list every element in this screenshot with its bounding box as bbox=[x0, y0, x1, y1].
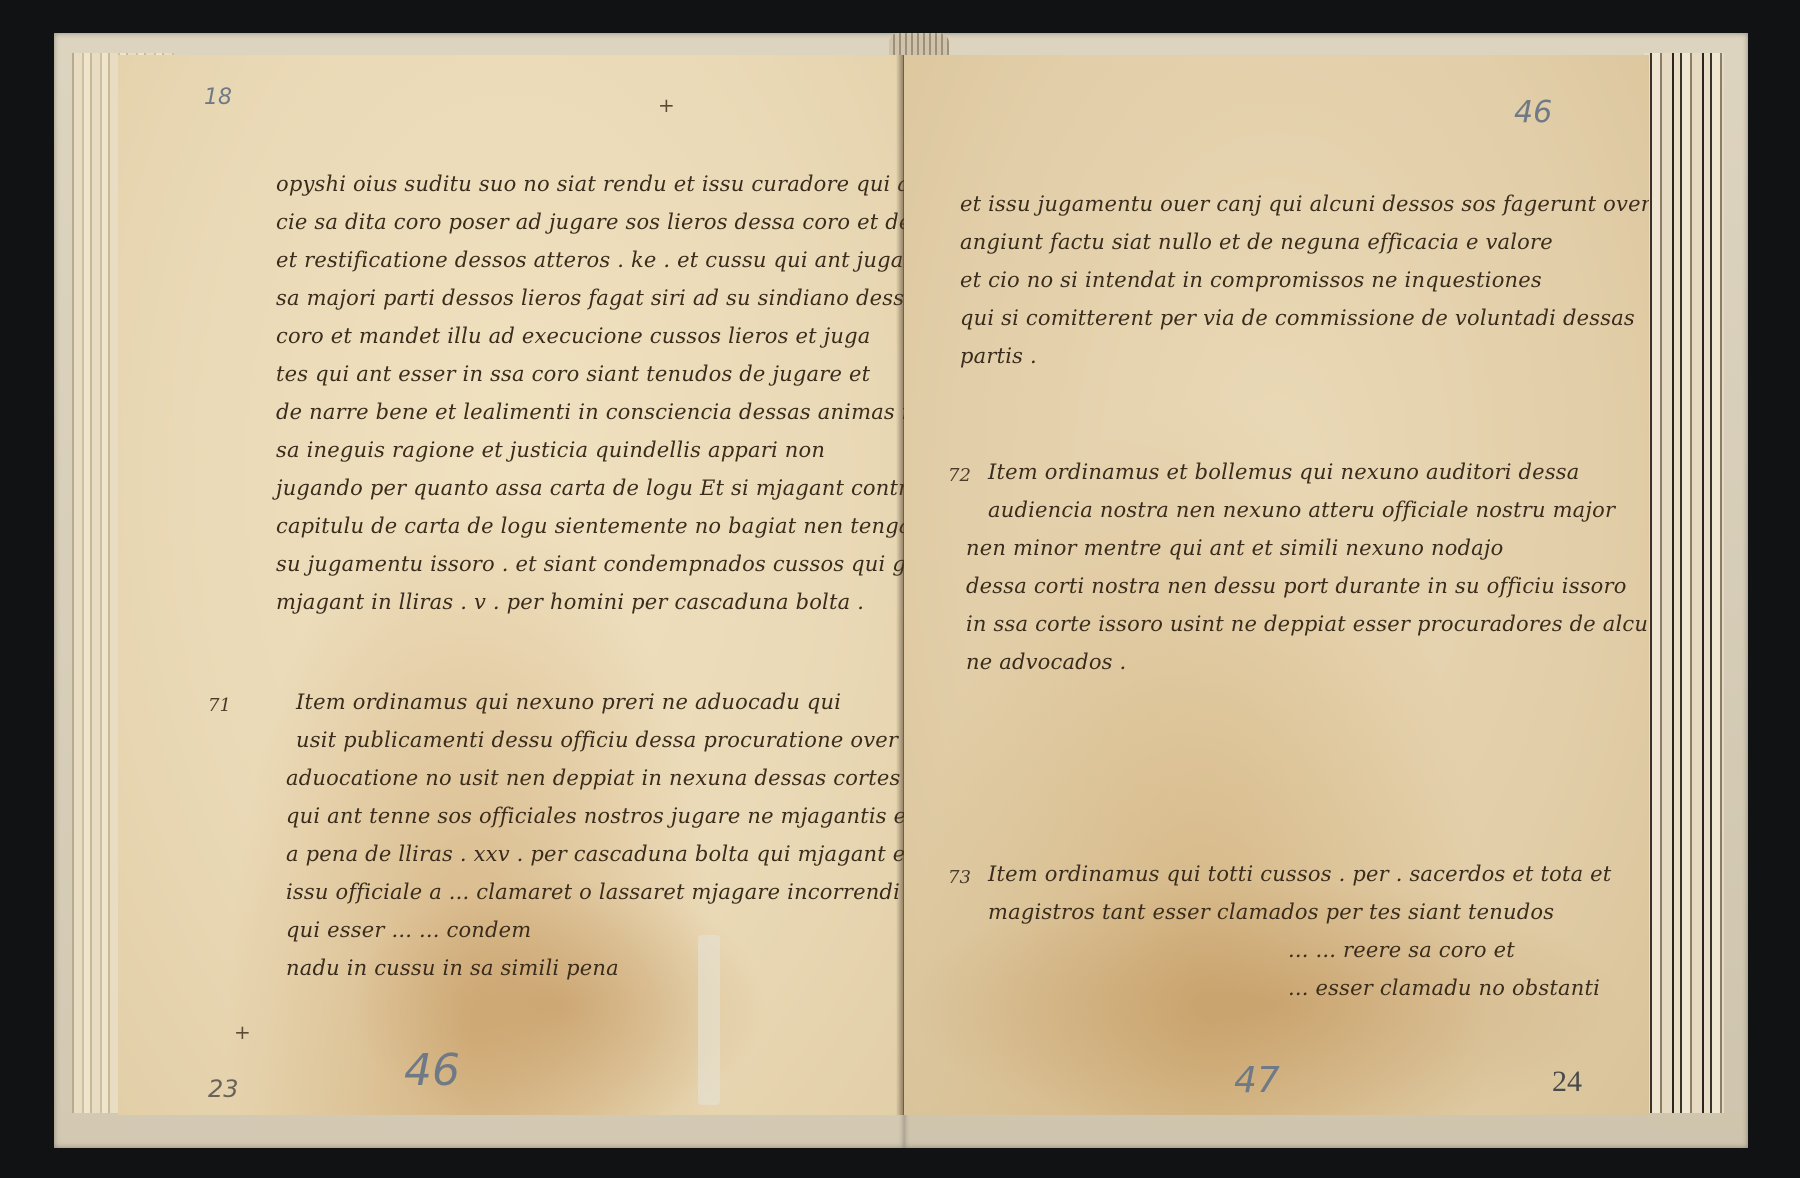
text-line: et restificatione dessos atteros . ke . … bbox=[276, 241, 904, 279]
text-line: qui si comitterent per via de commission… bbox=[960, 299, 1649, 337]
left-main-text: opyshi oius suditu suo no siat rendu et … bbox=[276, 165, 904, 621]
text-line: dessa corti nostra nen dessu port durant… bbox=[966, 567, 1649, 605]
text-line: ... ... reere sa coro et bbox=[988, 931, 1611, 969]
lower-cross-mark: + bbox=[234, 1020, 251, 1044]
text-line: de narre bene et lealimenti in conscienc… bbox=[276, 393, 904, 431]
text-line: Item ordinamus qui totti cussos . per . … bbox=[988, 855, 1611, 893]
paragraph-number-71: 71 bbox=[208, 695, 231, 716]
text-line: et cio no si intendat in compromissos ne… bbox=[960, 261, 1649, 299]
text-line: mjagant in lliras . v . per homini per c… bbox=[276, 583, 904, 621]
stamped-page-number: 24 bbox=[1552, 1065, 1582, 1099]
text-line: qui ant tenne sos officiales nostros jug… bbox=[286, 797, 904, 835]
right-page-edges bbox=[1644, 53, 1724, 1113]
text-line: aduocatione no usit nen deppiat in nexun… bbox=[286, 759, 904, 797]
right-main-text: et issu jugamentu ouer canj qui alcuni d… bbox=[960, 185, 1649, 375]
text-line: sa majori parti dessos lieros fagat siri… bbox=[276, 279, 904, 317]
paragraph-number-73: 73 bbox=[948, 867, 971, 888]
text-line: opyshi oius suditu suo no siat rendu et … bbox=[276, 165, 904, 203]
top-cross-mark: + bbox=[658, 93, 675, 117]
paragraph-72: Item ordinamus et bollemus qui nexuno au… bbox=[966, 453, 1649, 681]
text-line: capitulu de carta de logu sientemente no… bbox=[276, 507, 904, 545]
text-line: magistros tant esser clamados per tes si… bbox=[988, 893, 1611, 931]
top-pencil-mark: 18 bbox=[204, 85, 232, 110]
right-page: 46 et issu jugamentu ouer canj qui alcun… bbox=[904, 55, 1649, 1115]
text-line: usit publicamenti dessu officiu dessa pr… bbox=[286, 721, 904, 759]
text-line: nen minor mentre qui ant et simili nexun… bbox=[966, 529, 1649, 567]
right-top-pencil-folio: 46 bbox=[1514, 95, 1552, 130]
spine-binding bbox=[889, 33, 949, 55]
text-line: in ssa corte issoro usint ne deppiat ess… bbox=[966, 605, 1649, 643]
open-manuscript: 18 + opyshi oius suditu suo no siat rend… bbox=[54, 33, 1748, 1148]
text-line: cie sa dita coro poser ad jugare sos lie… bbox=[276, 203, 904, 241]
right-folio-pencil: 47 bbox=[1234, 1060, 1280, 1101]
paragraph-71: Item ordinamus qui nexuno preri ne aduoc… bbox=[286, 683, 904, 987]
text-line: audiencia nostra nen nexuno atteru offic… bbox=[966, 491, 1649, 529]
text-line: qui esser ... ... condem bbox=[286, 911, 904, 949]
text-line: ... esser clamadu no obstanti bbox=[988, 969, 1611, 1007]
text-line: Item ordinamus qui nexuno preri ne aduoc… bbox=[286, 683, 904, 721]
text-line: Item ordinamus et bollemus qui nexuno au… bbox=[966, 453, 1649, 491]
text-line: nadu in cussu in sa simili pena bbox=[286, 949, 904, 987]
text-line: ne advocados . bbox=[966, 643, 1649, 681]
left-page: 18 + opyshi oius suditu suo no siat rend… bbox=[118, 55, 904, 1115]
text-line: tes qui ant esser in ssa coro siant tenu… bbox=[276, 355, 904, 393]
bottom-left-mark: 23 bbox=[208, 1075, 239, 1103]
text-line: jugando per quanto assa carta de logu Et… bbox=[276, 469, 904, 507]
text-line: issu officiale a ... clamaret o lassaret… bbox=[286, 873, 904, 911]
text-line: sa ineguis ragione et justicia quindelli… bbox=[276, 431, 904, 469]
left-folio-pencil: 46 bbox=[404, 1045, 460, 1096]
text-line: coro et mandet illu ad execucione cussos… bbox=[276, 317, 904, 355]
text-line: et issu jugamentu ouer canj qui alcuni d… bbox=[960, 185, 1649, 223]
paragraph-73: Item ordinamus qui totti cussos . per . … bbox=[988, 855, 1611, 1007]
text-line: a pena de lliras . xxv . per cascaduna b… bbox=[286, 835, 904, 873]
text-line: partis . bbox=[960, 337, 1649, 375]
text-line: su jugamentu issoro . et siant condempna… bbox=[276, 545, 904, 583]
text-line: angiunt factu siat nullo et de neguna ef… bbox=[960, 223, 1649, 261]
